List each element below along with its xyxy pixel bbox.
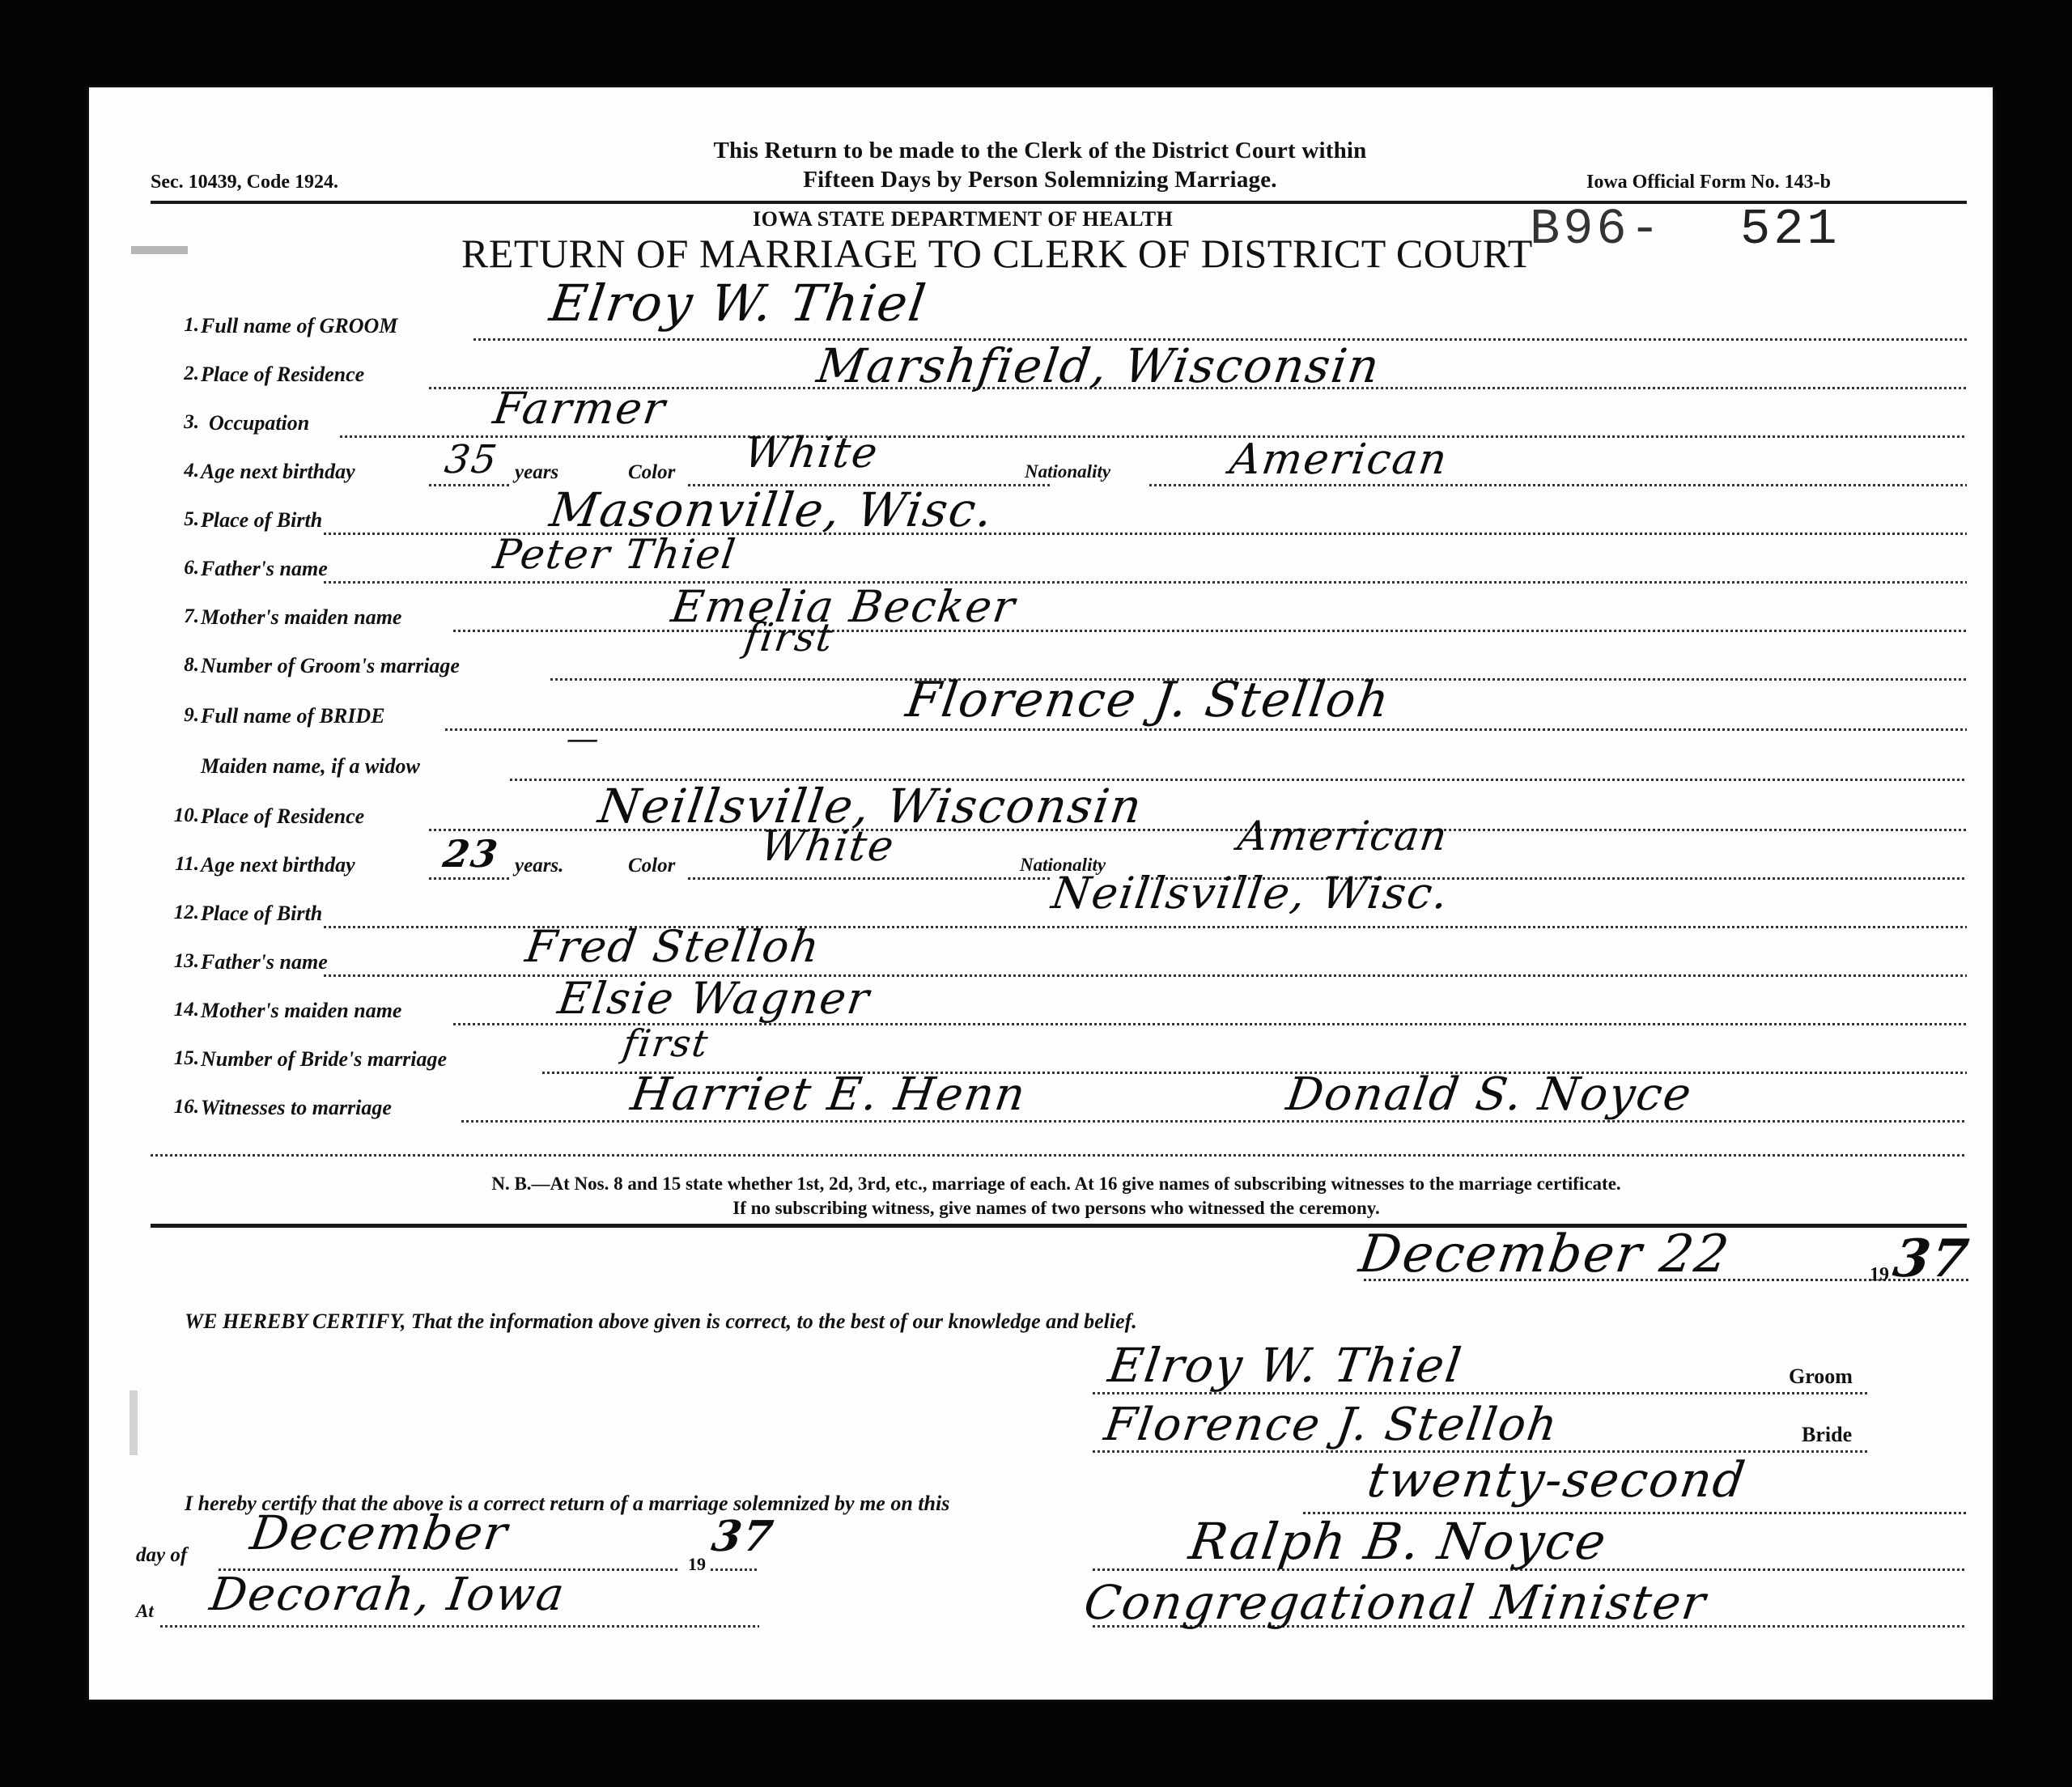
- section-code: Sec. 10439, Code 1924.: [151, 172, 338, 193]
- field-row-bride-birthplace: 12. Place of Birth Neillsville, Wisc.: [89, 885, 1993, 934]
- field-label: Place of Residence: [201, 804, 364, 829]
- field-row-bride-name: 9. Full name of BRIDE Florence J. Stello…: [89, 688, 1993, 736]
- groom-name-value: Elroy W. Thiel: [546, 274, 931, 333]
- bride-age-value: 23: [440, 832, 502, 876]
- year-prefix: 19: [1870, 1264, 1889, 1286]
- field-row-witnesses: 16. Witnesses to marriage Harriet E. Hen…: [89, 1080, 1993, 1128]
- field-label: Age next birthday: [201, 460, 355, 484]
- groom-age-value: 35: [442, 437, 501, 482]
- instruction-line-1: This Return to be made to the Clerk of t…: [575, 136, 1505, 165]
- year-line: [711, 1568, 759, 1571]
- field-row-bride-residence: 10. Place of Residence Neillsville, Wisc…: [89, 788, 1993, 837]
- solemnized-month-value: December: [247, 1505, 512, 1560]
- fill-line: [429, 877, 510, 880]
- field-label: Full name of GROOM: [201, 314, 397, 338]
- field-row-bride-age: 11. Age next birthday 23 years. Color Wh…: [89, 837, 1993, 885]
- department-name: IOWA STATE DEPARTMENT OF HEALTH: [753, 207, 1173, 231]
- bride-signature: Florence J. Stelloh: [1101, 1399, 1561, 1451]
- bride-father-value: Fred Stelloh: [523, 921, 824, 972]
- filing-instruction: This Return to be made to the Clerk of t…: [575, 136, 1505, 194]
- groom-mother-value: Emelia Becker: [669, 581, 1020, 632]
- field-label: Number of Groom's marriage: [201, 654, 460, 678]
- field-row-groom-residence: 2. Place of Residence Marshfield, Wiscon…: [89, 346, 1993, 395]
- day-of-label: day of: [136, 1544, 187, 1567]
- field-number: 15.: [151, 1047, 199, 1070]
- groom-father-value: Peter Thiel: [490, 531, 740, 578]
- fill-line: [688, 877, 1052, 880]
- groom-marriage-number-value: first: [741, 615, 837, 660]
- field-row-groom-age: 4. Age next birthday 35 years Color Whit…: [89, 444, 1993, 492]
- field-label: Maiden name, if a widow: [201, 754, 420, 779]
- field-label: Father's name: [201, 950, 328, 974]
- maiden-name-value: —: [564, 720, 603, 758]
- field-number: 3.: [151, 411, 199, 434]
- field-label: Number of Bride's marriage: [201, 1047, 447, 1072]
- note-line-1: N. B.—At Nos. 8 and 15 state whether 1st…: [186, 1172, 1926, 1196]
- bride-name-value: Florence J. Stelloh: [902, 672, 1394, 728]
- witness-2-value: Donald S. Noyce: [1283, 1068, 1696, 1121]
- header-divider: [151, 201, 1967, 204]
- groom-birthplace-value: Masonville, Wisc.: [546, 482, 997, 537]
- field-label: Full name of BRIDE: [201, 704, 385, 728]
- at-label: At: [136, 1601, 154, 1622]
- witness-1-value: Harriet E. Henn: [627, 1068, 1030, 1121]
- field-number: 11.: [151, 853, 199, 876]
- certification-year-value: 37: [1890, 1229, 1974, 1289]
- field-row-bride-mother: 14. Mother's maiden name Elsie Wagner: [89, 983, 1993, 1031]
- solemnized-day-value: twenty-second: [1364, 1452, 1750, 1509]
- field-number: 13.: [151, 950, 199, 973]
- fill-line: [340, 435, 1967, 438]
- field-number: 5.: [151, 508, 199, 531]
- officiant-title: Congregational Minister: [1081, 1575, 1710, 1630]
- note-line-2: If no subscribing witness, give names of…: [186, 1196, 1926, 1220]
- field-number: 14.: [151, 999, 199, 1021]
- field-number: 12.: [151, 902, 199, 924]
- years-label: years: [515, 461, 558, 484]
- instructions-note: N. B.—At Nos. 8 and 15 state whether 1st…: [186, 1172, 1926, 1220]
- field-label: Witnesses to marriage: [201, 1096, 392, 1120]
- form-title: RETURN OF MARRIAGE TO CLERK OF DISTRICT …: [461, 230, 1533, 277]
- field-number: 6.: [151, 557, 199, 579]
- section-divider: [151, 1154, 1967, 1157]
- form-number: Iowa Official Form No. 143-b: [1586, 172, 1831, 193]
- officiant-year-prefix: 19: [688, 1554, 706, 1575]
- field-row-groom-occupation: 3. Occupation Farmer: [89, 395, 1993, 444]
- bride-mother-value: Elsie Wagner: [555, 973, 874, 1024]
- color-label: Color: [628, 461, 675, 484]
- field-row-groom-father: 6. Father's name Peter Thiel: [89, 541, 1993, 589]
- certification-date-value: December 22: [1356, 1225, 1734, 1284]
- field-label: Place of Birth: [201, 902, 322, 926]
- bride-color-value: White: [758, 822, 898, 871]
- field-number: 10.: [151, 804, 199, 827]
- stamp-number-right: 521: [1740, 201, 1841, 258]
- officiant-year-value: 37: [709, 1512, 778, 1561]
- field-row-bride-marriage-number: 15. Number of Bride's marriage first: [89, 1031, 1993, 1080]
- groom-label: Groom: [1789, 1365, 1853, 1389]
- fill-line: [1149, 484, 1967, 486]
- field-number: 8.: [151, 654, 199, 677]
- bride-label: Bride: [1802, 1423, 1852, 1447]
- stamp-number-left: B96-: [1530, 201, 1663, 258]
- field-label: Mother's maiden name: [201, 999, 401, 1023]
- bride-birthplace-value: Neillsville, Wisc.: [1049, 868, 1453, 919]
- field-label: Father's name: [201, 557, 328, 581]
- fill-line: [324, 581, 1967, 584]
- place-line: [160, 1625, 759, 1628]
- field-label: Place of Birth: [201, 508, 322, 533]
- officiant-signature: Ralph B. Noyce: [1186, 1512, 1611, 1571]
- margin-smudge: [129, 1390, 138, 1455]
- bride-nationality-value: American: [1235, 813, 1451, 860]
- color-label: Color: [628, 855, 675, 877]
- field-number: 9.: [151, 704, 199, 727]
- solemnized-place-value: Decorah, Iowa: [206, 1568, 568, 1621]
- groom-signature: Elroy W. Thiel: [1105, 1338, 1466, 1393]
- field-number: 7.: [151, 605, 199, 628]
- field-row-groom-birthplace: 5. Place of Birth Masonville, Wisc.: [89, 492, 1993, 541]
- certification-statement: WE HEREBY CERTIFY, That the information …: [185, 1309, 1137, 1334]
- field-number: 4.: [151, 460, 199, 482]
- field-label: Place of Residence: [201, 363, 364, 387]
- fill-line: [429, 484, 510, 486]
- groom-color-value: White: [741, 429, 882, 478]
- groom-nationality-value: American: [1227, 435, 1451, 484]
- field-number: 1.: [151, 314, 199, 337]
- nationality-label: Nationality: [1025, 461, 1110, 482]
- groom-occupation-value: Farmer: [490, 383, 670, 434]
- fill-line: [445, 728, 1967, 731]
- groom-residence-value: Marshfield, Wisconsin: [813, 338, 1384, 393]
- field-number: 16.: [151, 1096, 199, 1118]
- field-label: Occupation: [209, 411, 309, 435]
- field-row-groom-mother: 7. Mother's maiden name Emelia Becker: [89, 589, 1993, 638]
- years-label: years.: [515, 855, 563, 877]
- field-label: Mother's maiden name: [201, 605, 401, 630]
- instruction-line-2: Fifteen Days by Person Solemnizing Marri…: [575, 165, 1505, 194]
- field-row-bride-father: 13. Father's name Fred Stelloh: [89, 934, 1993, 983]
- field-number: 2.: [151, 363, 199, 385]
- bride-marriage-number-value: first: [620, 1021, 711, 1065]
- field-label: Age next birthday: [201, 853, 355, 877]
- margin-smudge: [131, 246, 188, 254]
- marriage-return-form: This Return to be made to the Clerk of t…: [89, 87, 1993, 1700]
